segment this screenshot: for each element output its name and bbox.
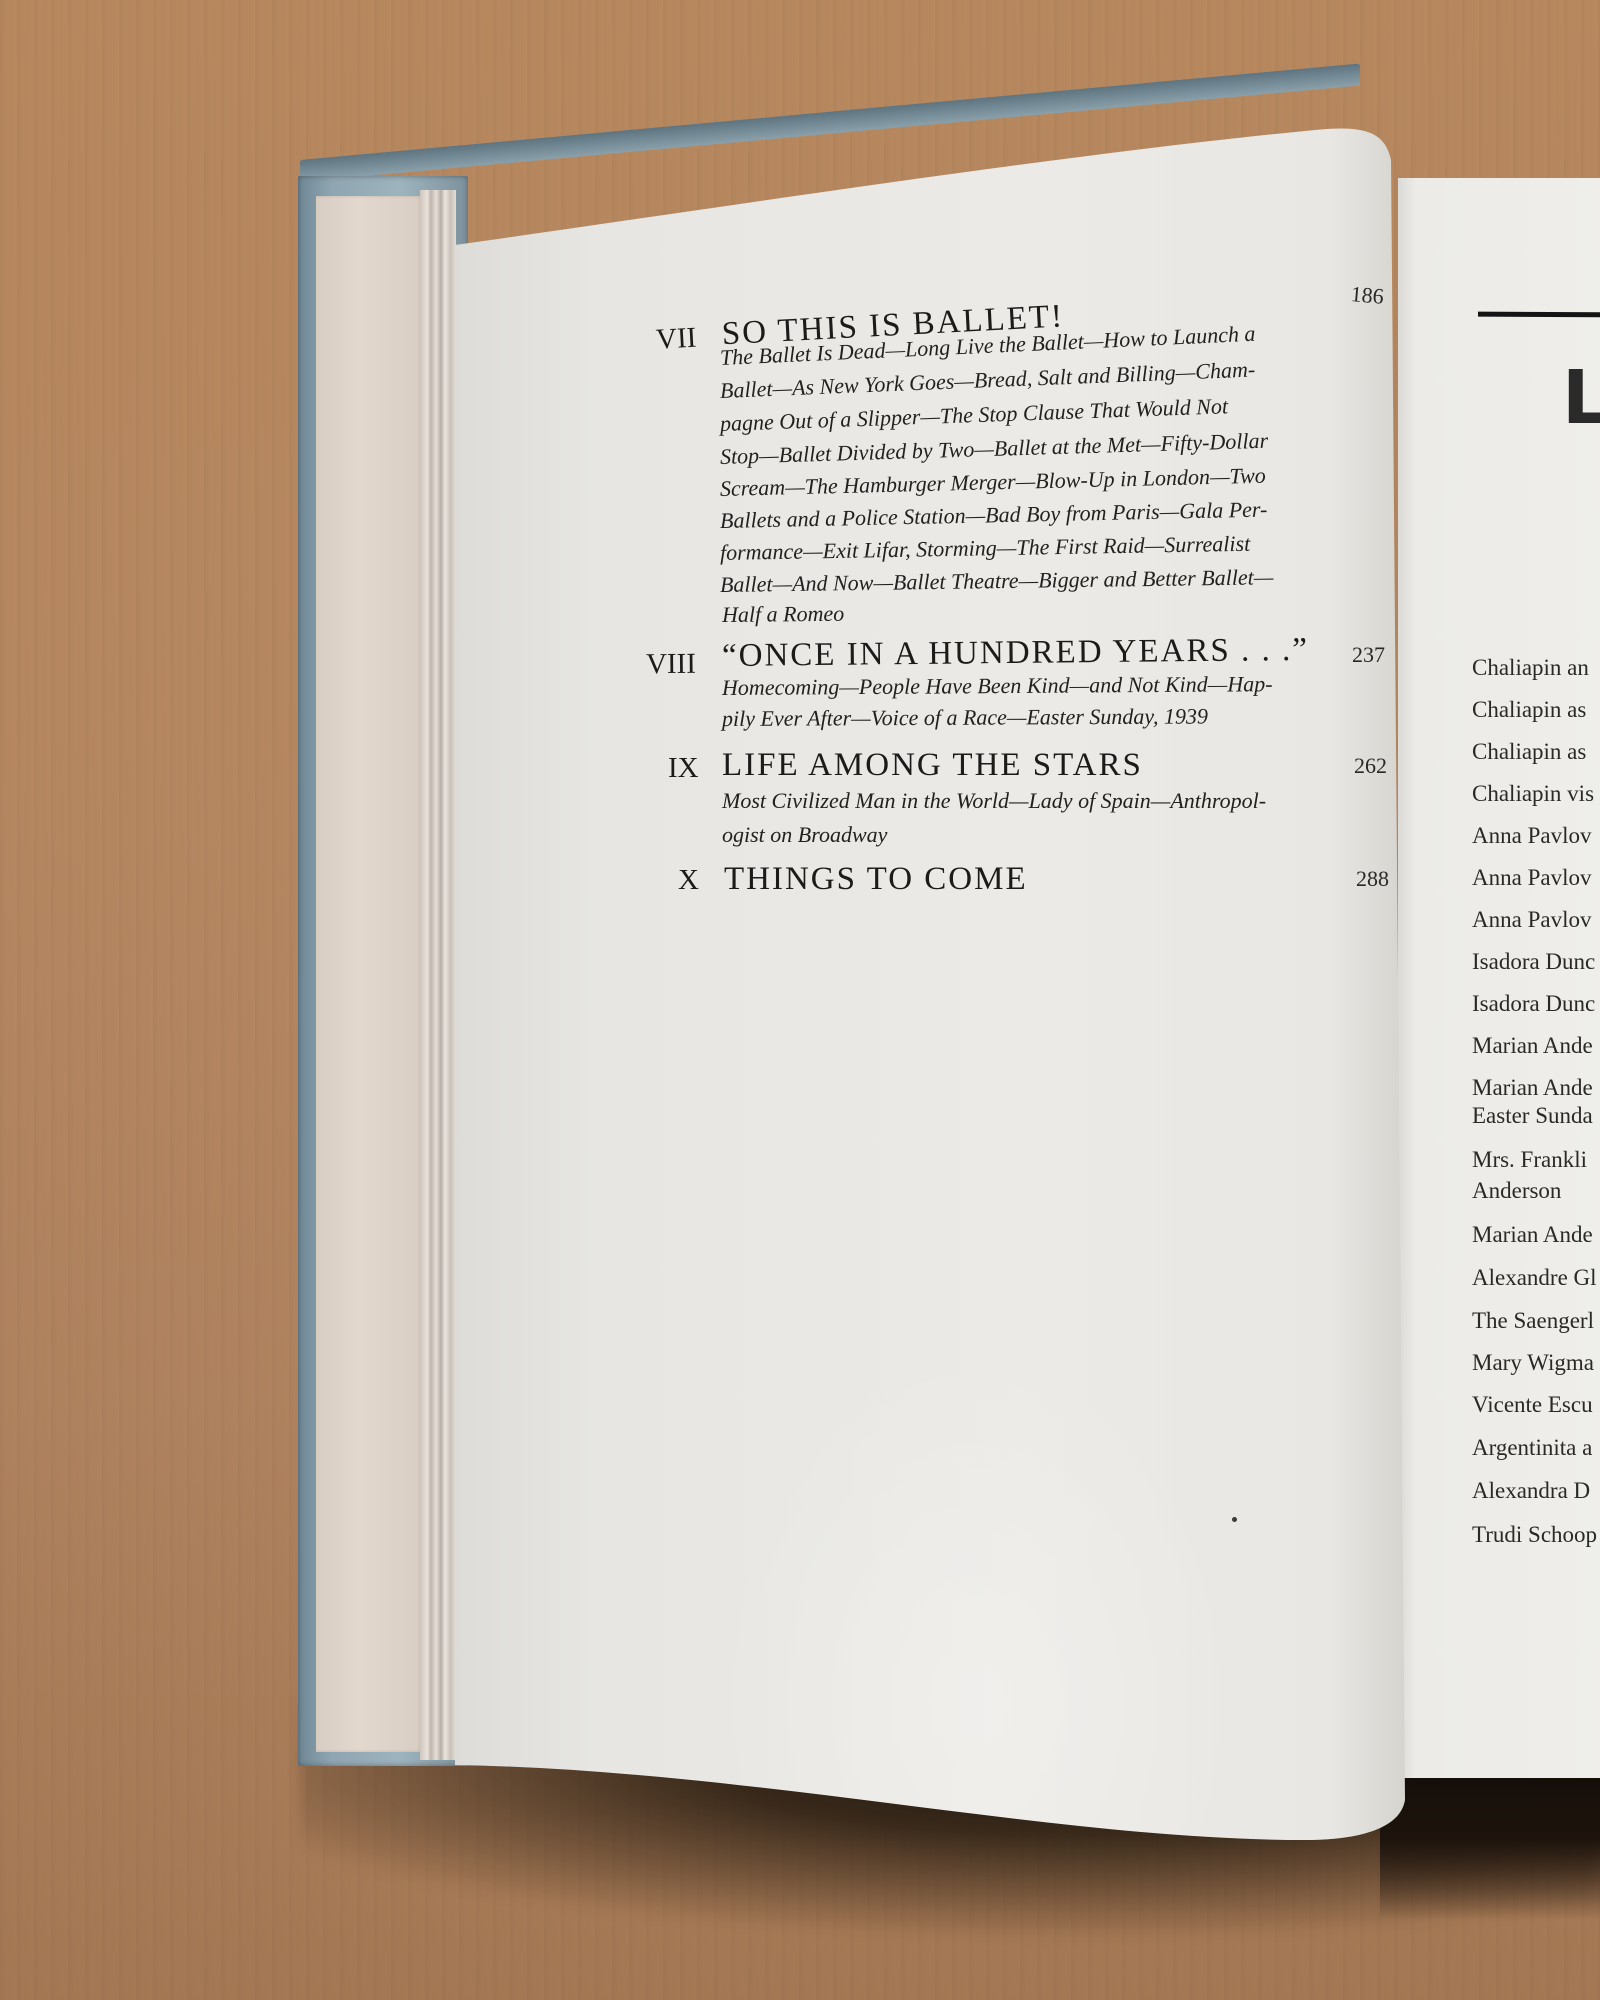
chapter-numeral: IX [668,752,699,785]
plate-item: Anderson [1472,1178,1561,1204]
page-number: 237 [1352,642,1385,668]
plate-item: Anna Pavlov [1472,907,1591,933]
list-heading-partial: L [1562,355,1600,441]
endpaper [316,196,422,1752]
description-line: pily Ever After—Voice of a Race—Easter S… [722,703,1208,732]
plate-item: Mrs. Frankli [1472,1147,1587,1173]
description-line: Homecoming—People Have Been Kind—and Not… [722,671,1273,701]
plate-item: Chaliapin vis [1472,781,1594,807]
description-line: ogist on Broadway [722,822,887,848]
plate-item: Argentinita a [1472,1435,1592,1461]
right-page-shadow [1380,1760,1600,1920]
paper-speck [1232,1517,1237,1522]
plate-item: Marian Ande [1472,1033,1593,1059]
plate-item: Alexandre Gl [1472,1265,1597,1291]
page-number: 262 [1354,753,1387,779]
binding-stitching [420,190,456,1760]
plate-item: The Saengerl [1472,1308,1594,1334]
plate-item: Mary Wigma [1472,1350,1594,1376]
plate-item: Marian Ande [1472,1222,1593,1248]
plate-item: Chaliapin as [1472,697,1586,723]
description-line: Most Civilized Man in the World—Lady of … [722,788,1266,814]
plate-item: Easter Sunda [1472,1103,1593,1129]
chapter-title: THINGS TO COME [724,861,1028,898]
plate-item: Chaliapin an [1472,655,1589,681]
plate-item: Vicente Escu [1472,1392,1593,1418]
heading-rule [1478,312,1600,318]
plate-item: Isadora Dunc [1472,949,1595,975]
plate-item: Anna Pavlov [1472,865,1591,891]
plate-item: Isadora Dunc [1472,991,1595,1017]
plate-item: Alexandra D [1472,1478,1590,1504]
chapter-numeral: X [678,864,699,897]
chapter-title: “ONCE IN A HUNDRED YEARS . . .” [722,632,1309,675]
plate-item: Anna Pavlov [1472,823,1591,849]
plate-item: Chaliapin as [1472,739,1586,765]
chapter-numeral: VIII [646,648,696,681]
chapter-numeral: VII [655,322,697,357]
chapter-title: LIFE AMONG THE STARS [722,747,1143,784]
description-line: Half a Romeo [722,601,844,628]
plate-item: Trudi Schoop [1472,1522,1597,1548]
page-number: 288 [1356,866,1389,892]
page-number: 186 [1350,281,1385,310]
plate-item: Marian Ande [1472,1075,1593,1101]
